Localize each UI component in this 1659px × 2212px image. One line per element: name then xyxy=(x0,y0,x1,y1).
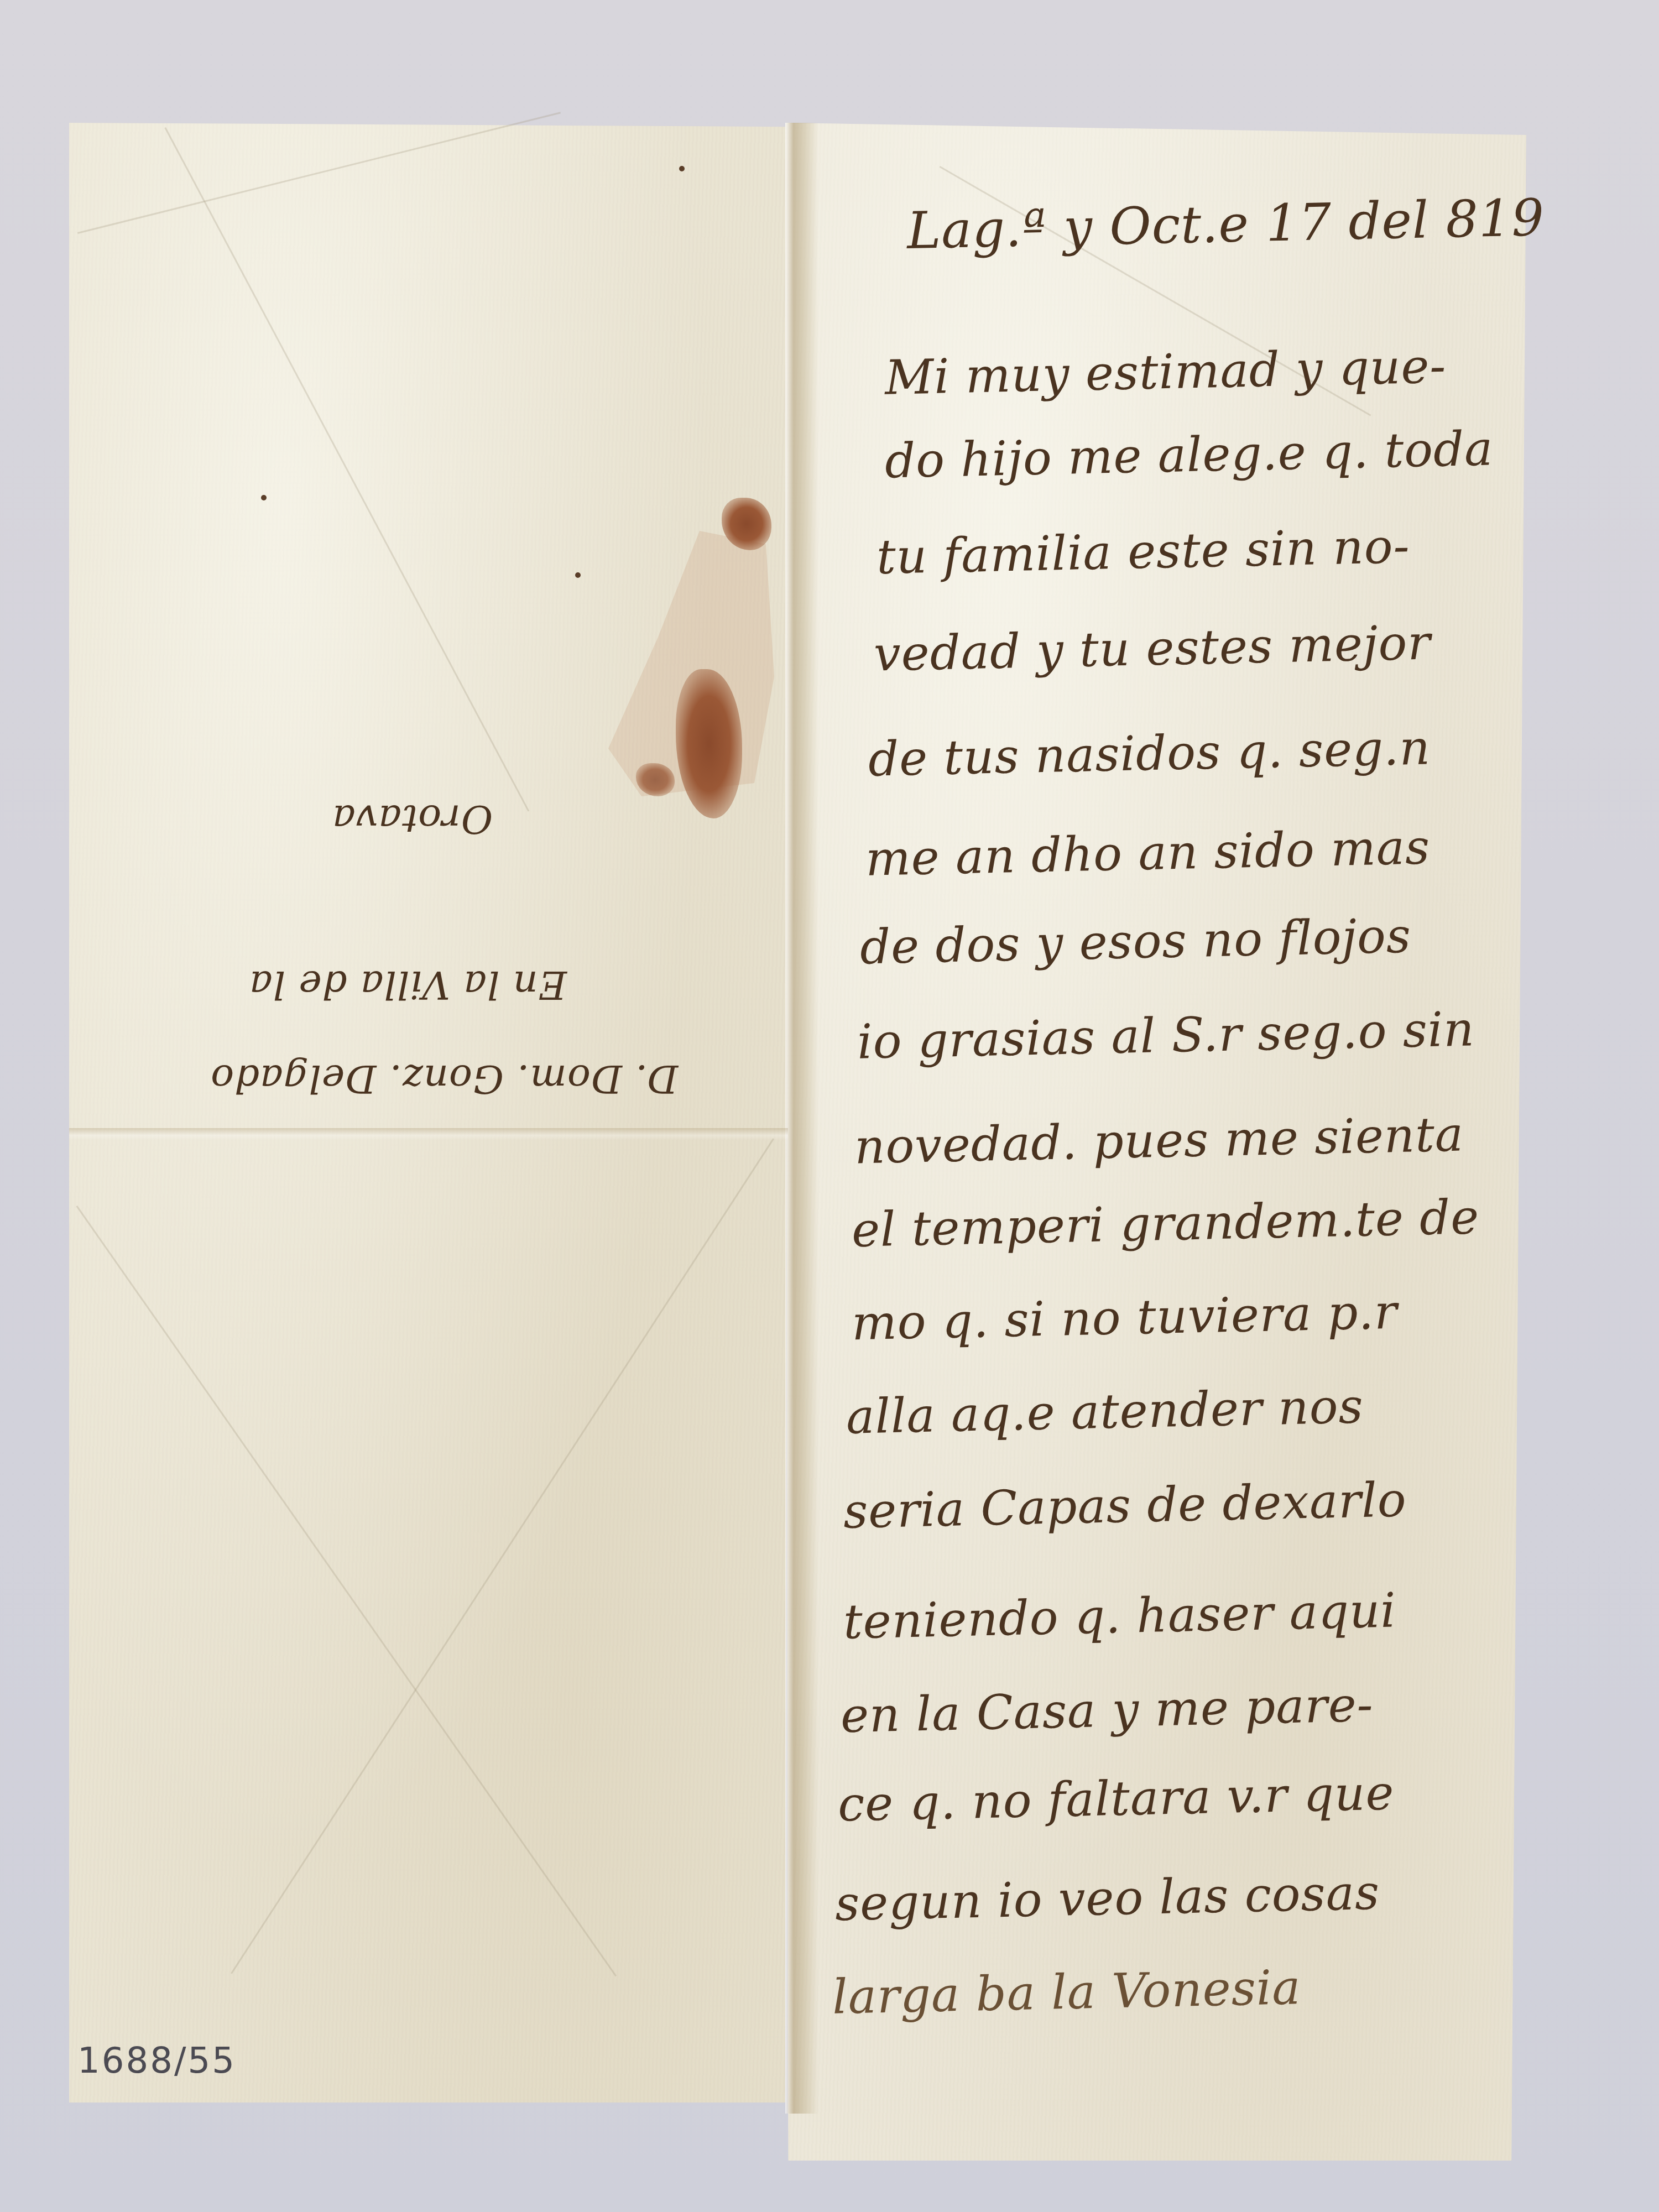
letter-line: seria Capas de dexarlo xyxy=(843,1476,1407,1535)
archive-mark: 1688/55 xyxy=(77,2041,236,2081)
document-photo: Orotava En la Villa de la D. Dom. Gonz. … xyxy=(0,0,1659,2212)
letter-line: en la Casa y me pare- xyxy=(840,1681,1374,1740)
address-line-city: Orotava xyxy=(332,796,493,842)
letter-line: Mi muy estimad y que- xyxy=(884,342,1447,401)
address-panel xyxy=(69,123,788,2103)
letter-line: de tus nasidos q. seg.n xyxy=(868,724,1431,783)
letter-line: tu familia este sin no- xyxy=(876,523,1410,581)
ink-dot xyxy=(575,572,581,578)
letter-line: novedad. pues me sienta xyxy=(854,1110,1464,1171)
letter-line: vedad y tu estes mejor xyxy=(873,619,1431,678)
address-line-recipient: D. Dom. Gonz. Delgado xyxy=(210,1056,678,1102)
letter-line: mo q. si no tuviera p.r xyxy=(851,1288,1398,1348)
letter-line: larga ba la Vonesia xyxy=(832,1964,1301,2021)
center-fold xyxy=(785,123,818,2114)
address-line-villa: En la Villa de la xyxy=(249,962,567,1008)
ink-dot xyxy=(679,166,685,171)
letter-line: teniendo q. haser aqui xyxy=(843,1587,1396,1646)
letter-line: do hijo me aleg.e q. toda xyxy=(884,425,1494,485)
letter-line: me an dho an sido mas xyxy=(865,823,1431,883)
letter-line: el temperi grandem.te de xyxy=(851,1193,1480,1254)
letter-line: alla aq.e atender nos xyxy=(846,1383,1364,1441)
ink-dot xyxy=(261,495,267,500)
letter-line: io grasias al S.r seg.o sin xyxy=(857,1005,1475,1066)
letter-line: de dos y esos no flojos xyxy=(859,912,1412,972)
letter-dateline: Lag.ª y Oct.e 17 del 819 xyxy=(906,192,1545,257)
letter-line: segun io veo las cosas xyxy=(834,1869,1380,1928)
horizontal-fold xyxy=(69,1128,788,1140)
letter-line: ce q. no faltara v.r que xyxy=(837,1769,1395,1828)
